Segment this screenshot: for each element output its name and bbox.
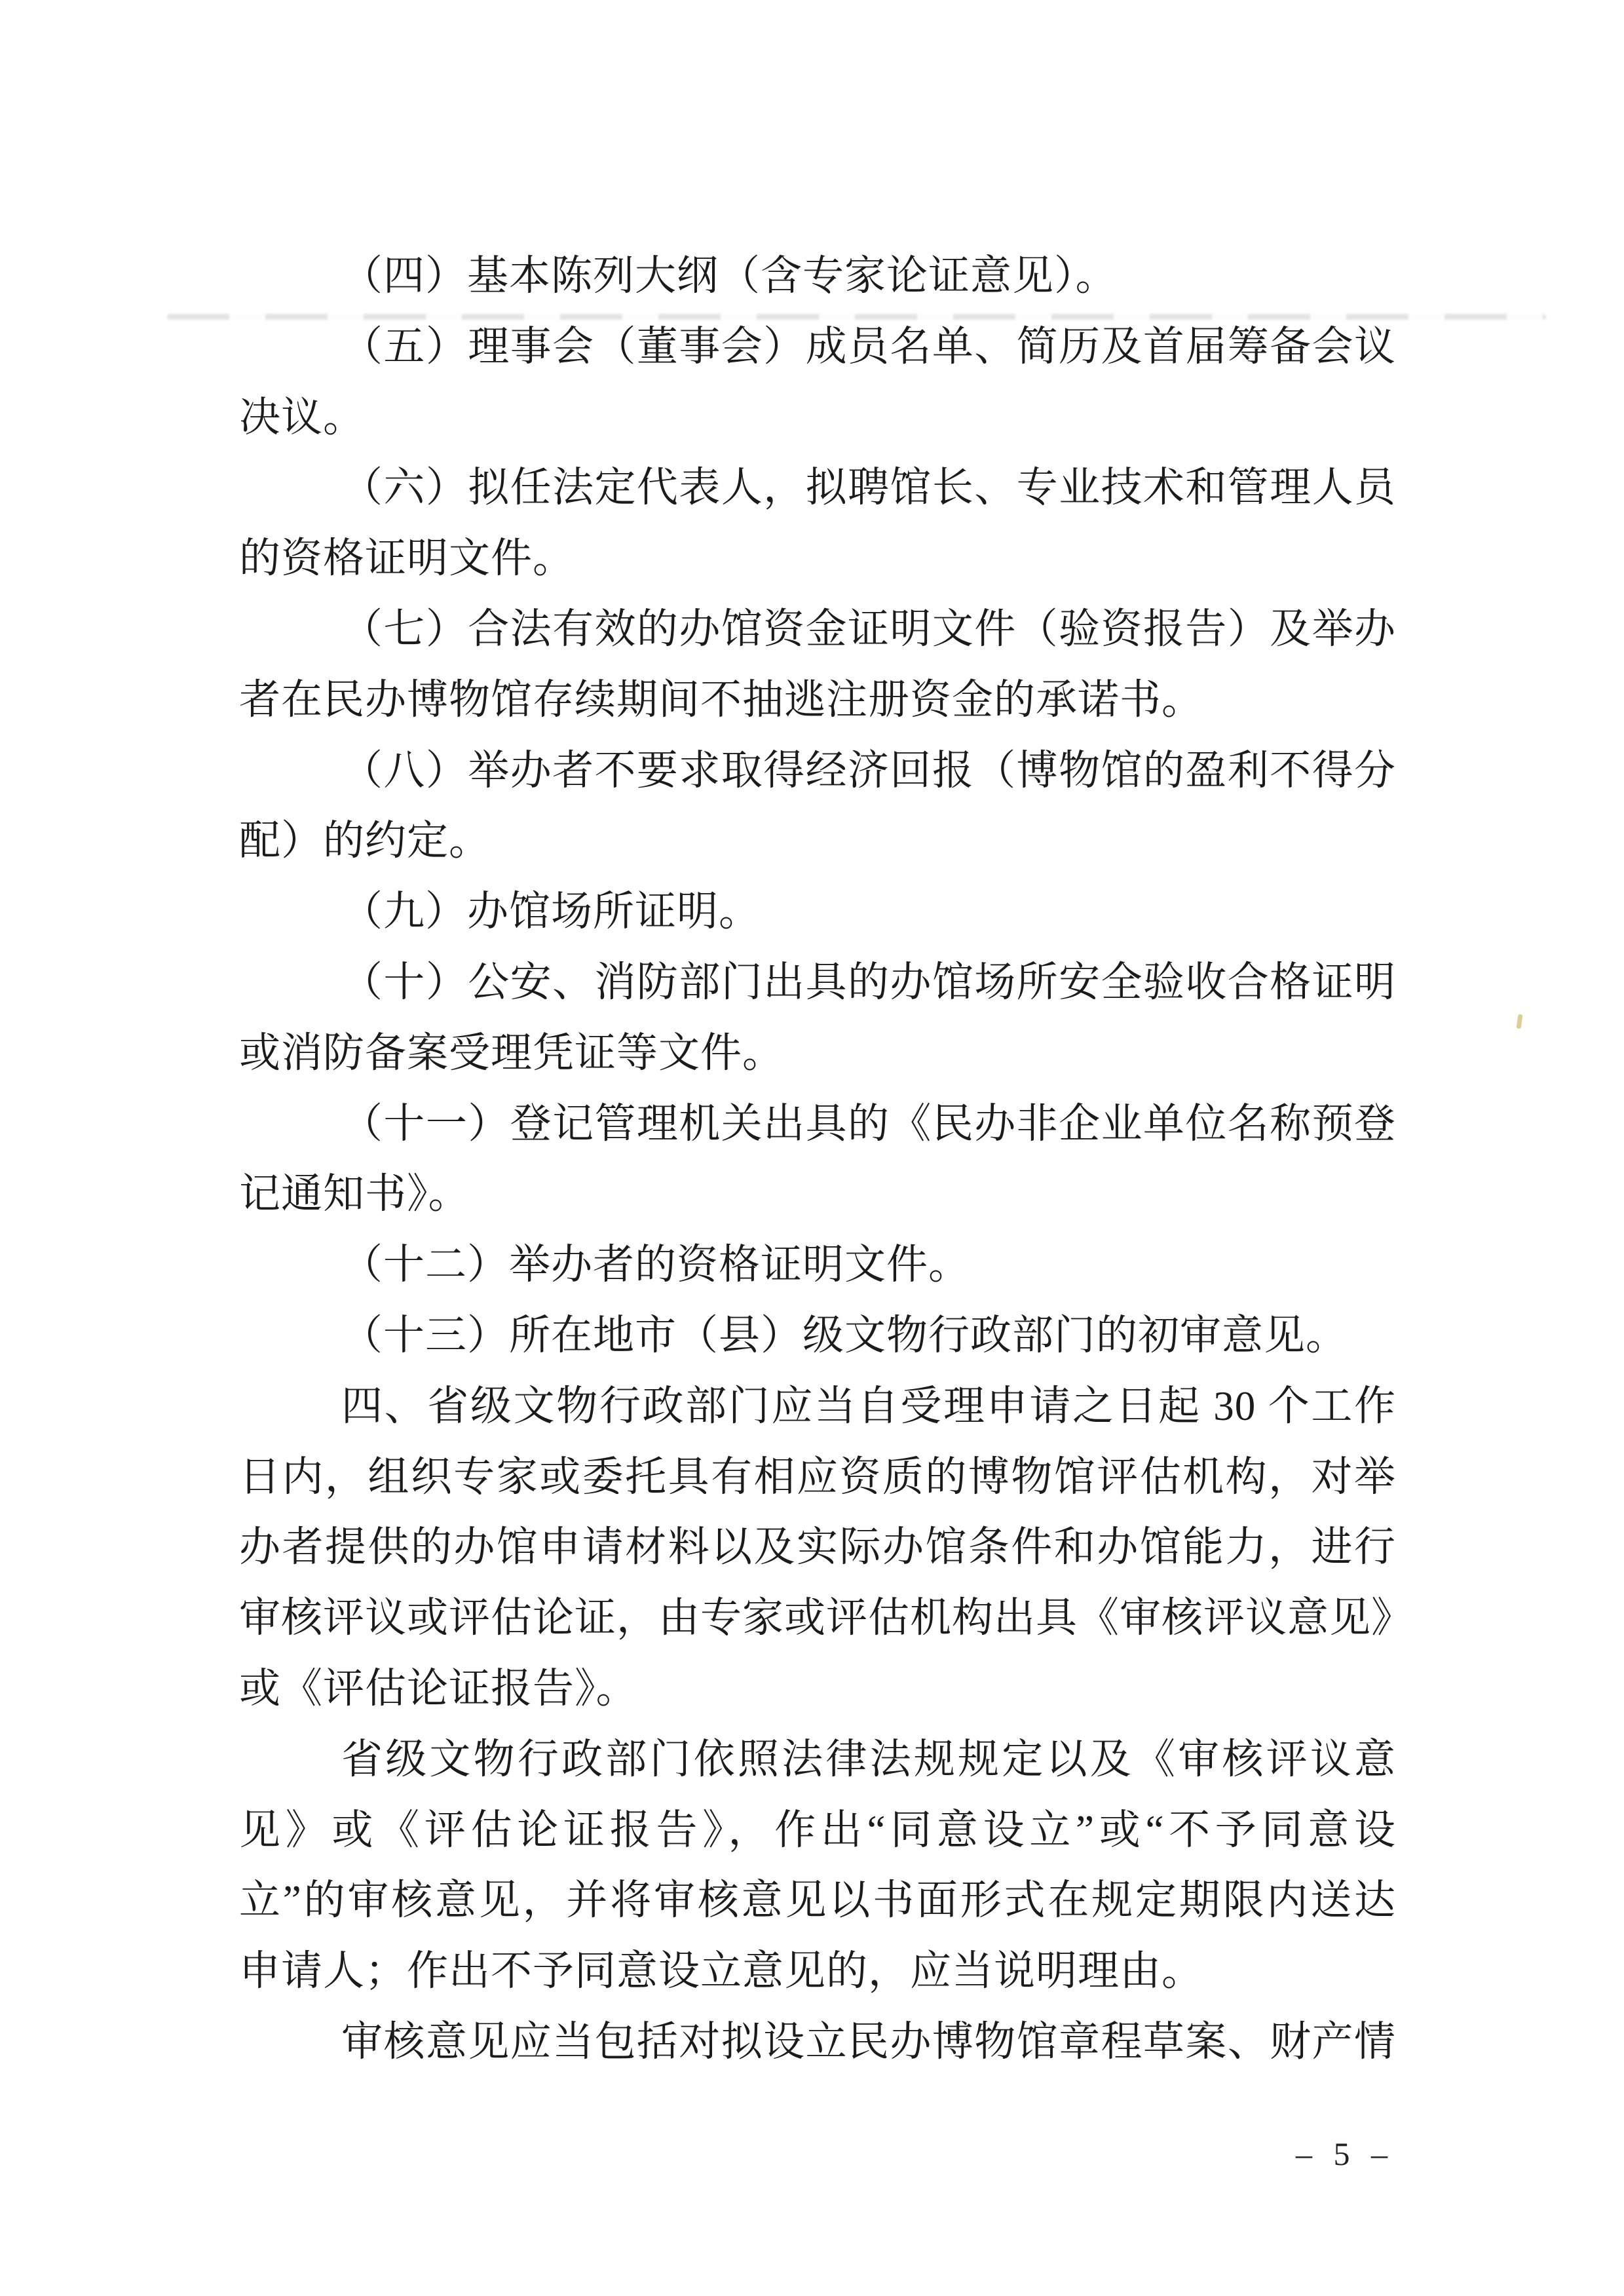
document-page: （四）基本陈列大纲（含专家论证意见）。（五）理事会（董事会）成员名单、简历及首届… bbox=[0, 0, 1624, 2296]
text-line: 四、省级文物行政部门应当自受理申请之日起 30 个工作 bbox=[239, 1371, 1396, 1442]
text-line: （九）办馆场所证明。 bbox=[239, 877, 1396, 947]
text-line: 的资格证明文件。 bbox=[239, 524, 1396, 594]
text-line: （八）举办者不要求取得经济回报（博物馆的盈利不得分 bbox=[239, 736, 1396, 807]
text-line: 决议。 bbox=[239, 383, 1396, 453]
page-number: – 5 – bbox=[1296, 2135, 1401, 2173]
text-line: （十二）举办者的资格证明文件。 bbox=[239, 1230, 1396, 1301]
text-line: 者在民办博物馆存续期间不抽逃注册资金的承诺书。 bbox=[239, 665, 1396, 736]
text-line: 立”的审核意见，并将审核意见以书面形式在规定期限内送达 bbox=[239, 1865, 1396, 1936]
text-line: 见》或《评估论证报告》，作出“同意设立”或“不予同意设 bbox=[239, 1795, 1396, 1866]
text-line: （四）基本陈列大纲（含专家论证意见）。 bbox=[239, 241, 1396, 312]
text-line: （五）理事会（董事会）成员名单、简历及首届筹备会议 bbox=[239, 312, 1396, 383]
document-body: （四）基本陈列大纲（含专家论证意见）。（五）理事会（董事会）成员名单、简历及首届… bbox=[239, 241, 1396, 2078]
scan-artifact-speck bbox=[1517, 1014, 1523, 1029]
text-line: 或消防备案受理凭证等文件。 bbox=[239, 1018, 1396, 1089]
text-line: 审核评议或评估论证，由专家或评估机构出具《审核评议意见》 bbox=[239, 1583, 1396, 1654]
text-line: 日内，组织专家或委托具有相应资质的博物馆评估机构，对举 bbox=[239, 1442, 1396, 1513]
text-line: （六）拟任法定代表人，拟聘馆长、专业技术和管理人员 bbox=[239, 453, 1396, 524]
text-line: 审核意见应当包括对拟设立民办博物馆章程草案、财产情 bbox=[239, 2007, 1396, 2078]
text-line: （七）合法有效的办馆资金证明文件（验资报告）及举办 bbox=[239, 594, 1396, 665]
text-line: （十三）所在地市（县）级文物行政部门的初审意见。 bbox=[239, 1301, 1396, 1371]
text-line: 配）的约定。 bbox=[239, 806, 1396, 877]
text-line: 办者提供的办馆申请材料以及实际办馆条件和办馆能力，进行 bbox=[239, 1512, 1396, 1583]
text-line: 记通知书》。 bbox=[239, 1159, 1396, 1230]
text-line: （十一）登记管理机关出具的《民办非企业单位名称预登 bbox=[239, 1089, 1396, 1160]
text-line: （十）公安、消防部门出具的办馆场所安全验收合格证明 bbox=[239, 947, 1396, 1018]
text-line: 省级文物行政部门依照法律法规规定以及《审核评议意 bbox=[239, 1725, 1396, 1795]
text-line: 申请人；作出不予同意设立意见的，应当说明理由。 bbox=[239, 1936, 1396, 2007]
text-line: 或《评估论证报告》。 bbox=[239, 1654, 1396, 1725]
